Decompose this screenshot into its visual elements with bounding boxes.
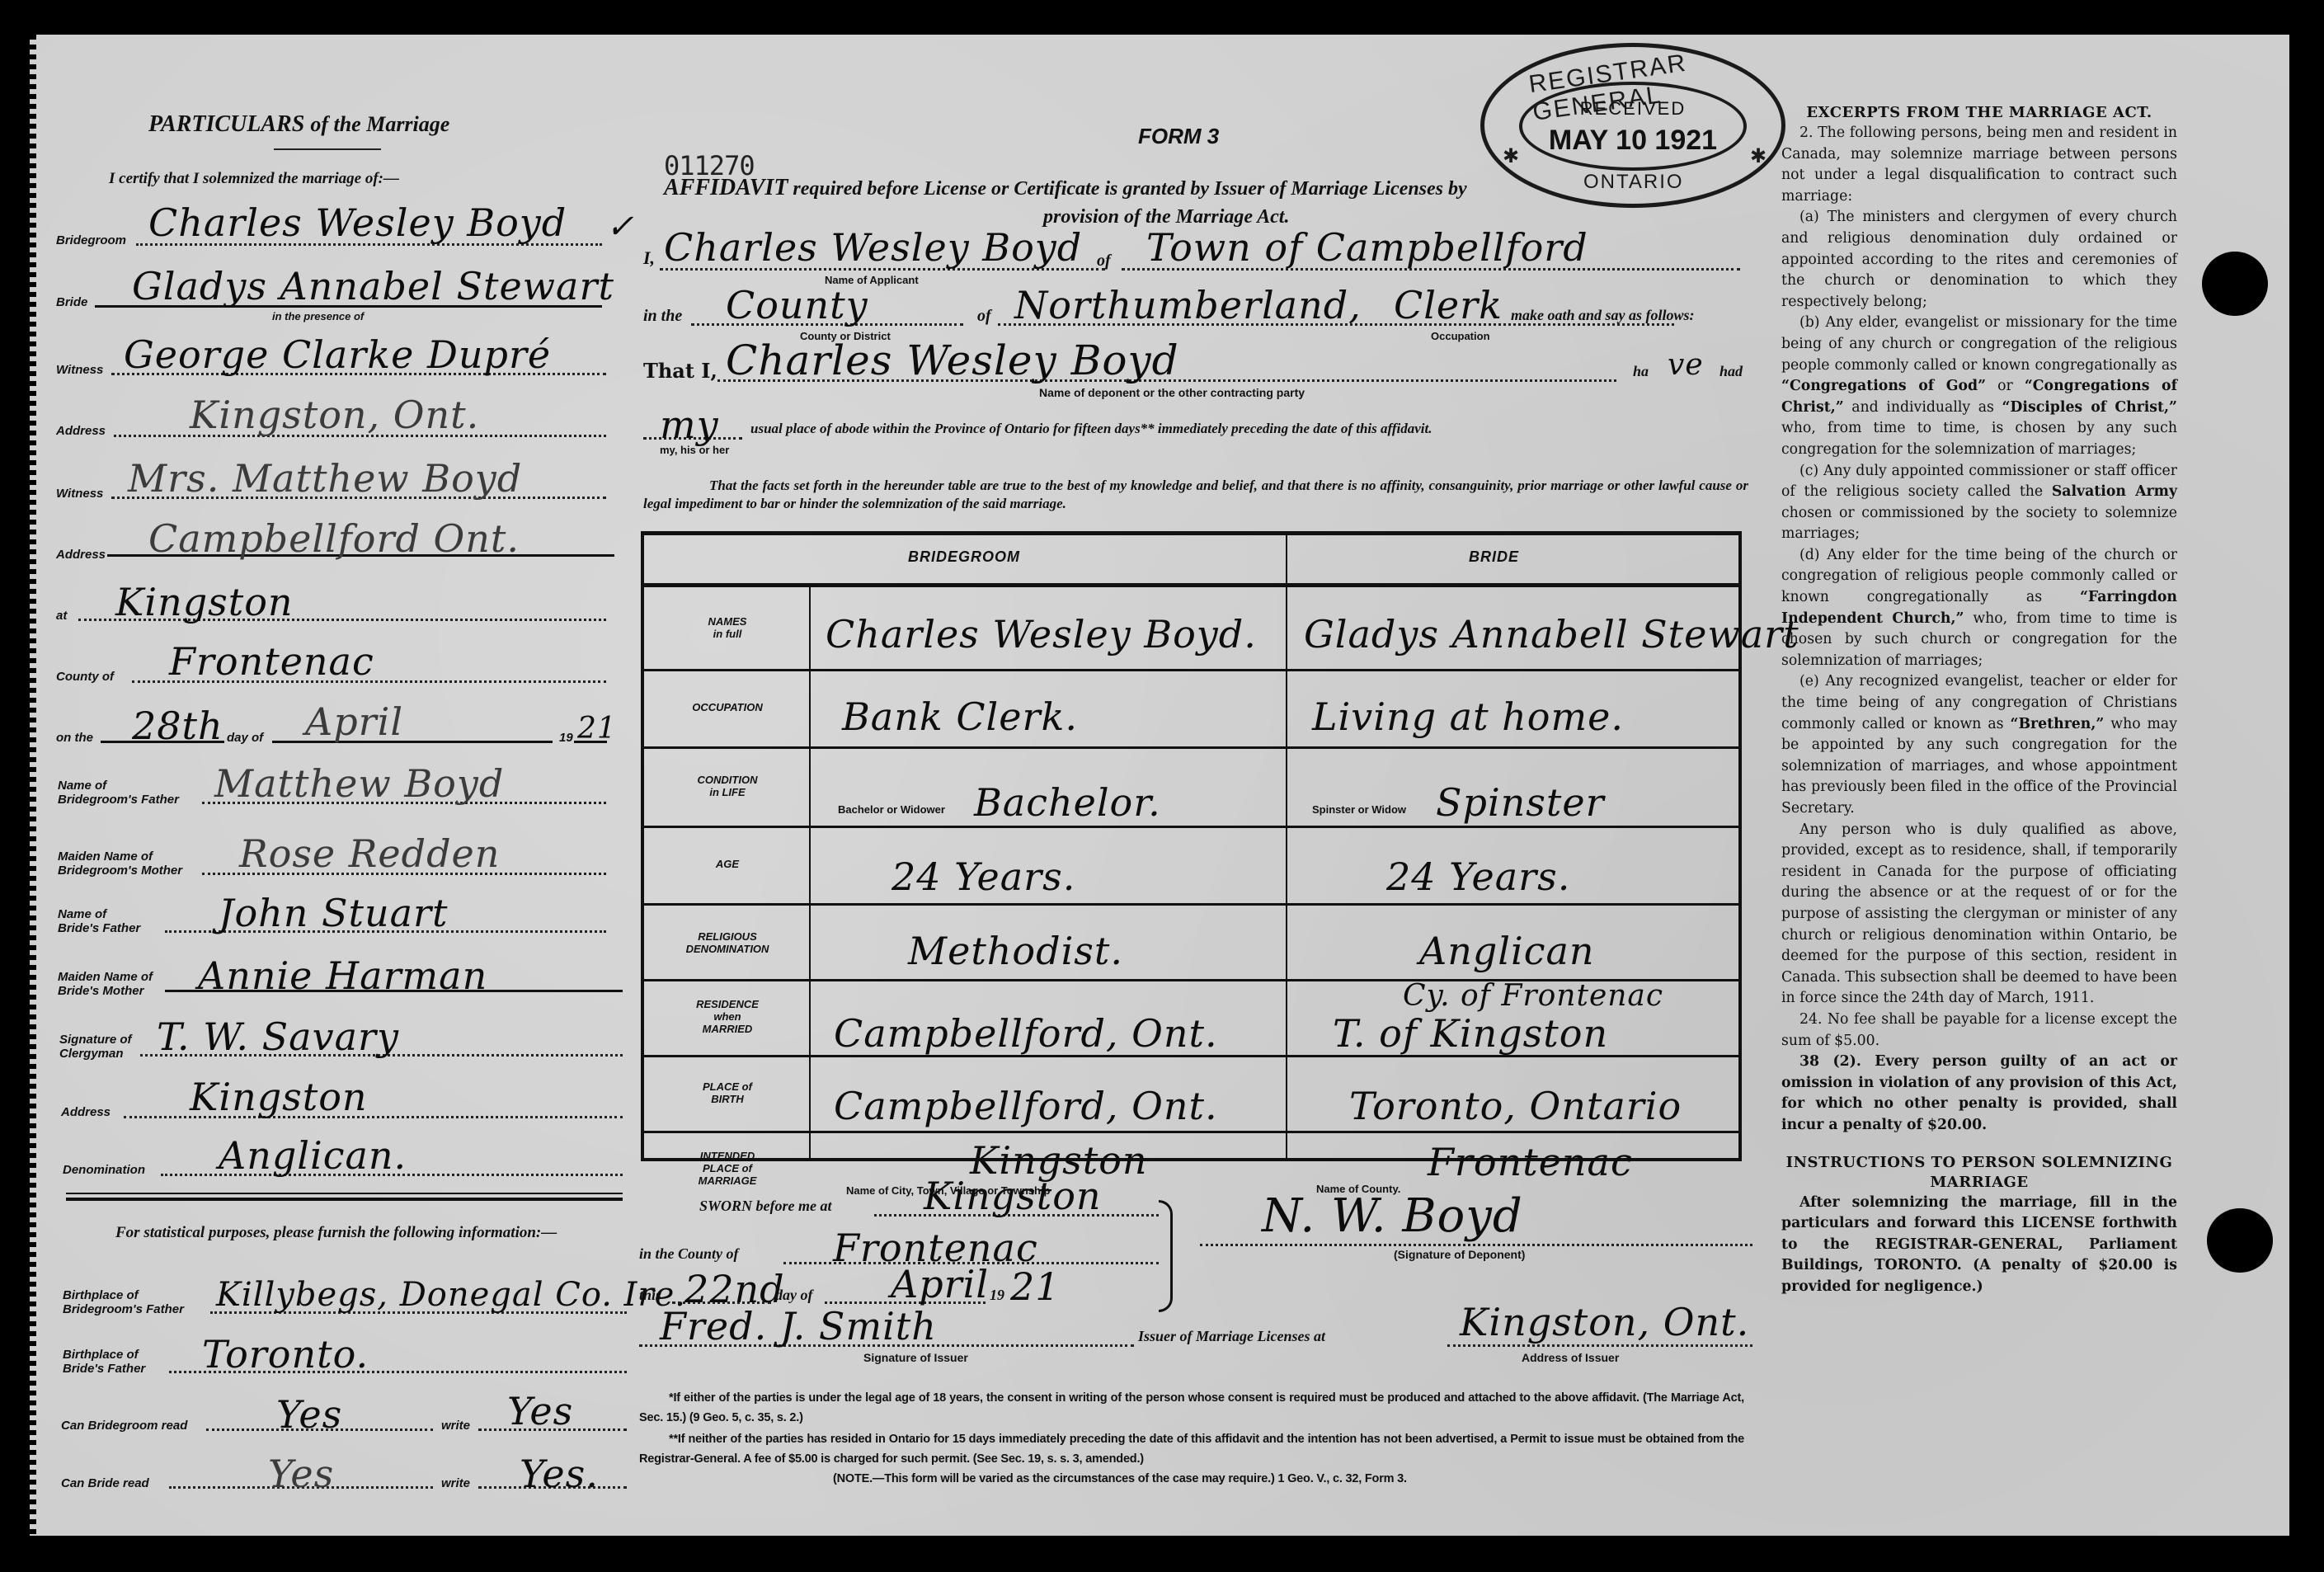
affidavit-heading-rest: required before License or Certificate i… — [793, 178, 1466, 200]
deponent-name[interactable]: Charles Wesley Boyd — [726, 340, 1179, 381]
bride-age[interactable]: 24 Years. — [1386, 856, 1570, 897]
make-oath-text: make oath and say as follows: — [1511, 307, 1695, 324]
check-mark: ✓ — [606, 206, 635, 247]
excerpt-a: (a) The ministers and clergymen of every… — [1781, 207, 2177, 313]
bridegroom-name[interactable]: Charles Wesley Boyd — [148, 202, 567, 243]
caption-address-of-issuer: Address of Issuer — [1522, 1351, 1619, 1364]
footnote-form-note: (NOTE.—This form will be varied as the c… — [833, 1472, 1407, 1485]
sworn-year[interactable]: 21 — [1010, 1266, 1061, 1307]
divider-thin — [66, 1193, 623, 1194]
label-day-of: day of — [227, 731, 263, 745]
sworn-month[interactable]: April — [891, 1264, 989, 1305]
caption-signature-of-issuer: Signature of Issuer — [863, 1351, 968, 1364]
bride-can-read[interactable]: Yes — [268, 1453, 334, 1494]
groom-residence[interactable]: Campbellford, Ont. — [834, 1013, 1218, 1054]
label-groom-read: Can Bridegroom read — [61, 1419, 187, 1433]
applicant-name[interactable]: Charles Wesley Boyd — [664, 227, 1082, 268]
table-row-condition: CONDITIONin LIFE Bachelor or Widower Bac… — [644, 749, 1738, 828]
table-row-names: NAMESin full Charles Wesley Boyd. Gladys… — [644, 587, 1738, 671]
form-number: FORM 3 — [1138, 124, 1219, 149]
stamp-received: RECEIVED — [1484, 98, 1781, 120]
excerpt-any-person: Any person who is duly qualified as abov… — [1781, 820, 2177, 1010]
label-on-the: on the — [56, 731, 93, 745]
marriage-day[interactable]: 28th — [132, 705, 223, 746]
groom-religion[interactable]: Methodist. — [908, 930, 1123, 972]
label-witness-1: Witness — [56, 363, 103, 377]
label-denomination: Denomination — [63, 1163, 145, 1177]
label-sworn-before-me: SWORN before me at — [699, 1198, 832, 1215]
stamp-ontario: ONTARIO — [1583, 171, 1684, 194]
label-of: of — [1097, 252, 1111, 271]
label-county-of: County of — [56, 670, 114, 684]
row-label-condition: CONDITIONin LIFE — [644, 774, 811, 798]
table-row-residence: RESIDENCEwhenMARRIED Campbellford, Ont. … — [644, 981, 1738, 1057]
bride-birthplace[interactable]: Toronto, Ontario — [1349, 1085, 1682, 1127]
bride-mother-maiden-name[interactable]: Annie Harman — [198, 955, 487, 996]
row-label-birthplace: PLACE ofBIRTH — [644, 1080, 811, 1105]
label-sworn-day-of: day of — [775, 1287, 812, 1304]
groom-condition[interactable]: Bachelor. — [974, 782, 1161, 823]
caption-deponent: Name of deponent or the other contractin… — [1039, 386, 1305, 399]
label-this: this — [639, 1287, 661, 1304]
label-at: at — [56, 609, 67, 623]
title-underline — [274, 148, 381, 150]
label-of-2: of — [977, 307, 991, 326]
excerpt-section-38: 38 (2). Every person guilty of an act or… — [1781, 1052, 2177, 1136]
stamp-date: MAY 10 1921 — [1484, 125, 1781, 157]
abode-text: usual place of abode within the Province… — [750, 421, 1432, 437]
perforated-edge — [30, 35, 36, 1536]
dotline — [1200, 1244, 1752, 1246]
groom-can-write[interactable]: Yes — [507, 1391, 573, 1432]
label-bridegroom: Bridegroom — [56, 233, 126, 247]
excerpt-d: (d) Any elder for the time being of the … — [1781, 545, 2177, 672]
witness-1-address[interactable]: Kingston, Ont. — [190, 394, 479, 435]
clergyman-signature[interactable]: T. W. Savary — [157, 1016, 399, 1057]
bride-religion[interactable]: Anglican — [1419, 930, 1595, 972]
label-address-2: Address — [56, 548, 106, 562]
label-that-i: That I, — [643, 359, 717, 383]
label-bride-father: Name ofBride's Father — [58, 907, 140, 935]
label-ha: ha — [1633, 363, 1649, 380]
particulars-title-rest: of the Marriage — [310, 112, 449, 136]
groom-age[interactable]: 24 Years. — [891, 856, 1075, 897]
table-row-religion: RELIGIOUSDENOMINATION Methodist. Anglica… — [644, 906, 1738, 981]
bride-residence[interactable]: T. of Kingston — [1333, 1013, 1608, 1054]
row-label-religion: RELIGIOUSDENOMINATION — [644, 930, 811, 955]
instructions-title: INSTRUCTIONS TO PERSON SOLEMNIZING MARRI… — [1781, 1153, 2177, 1193]
table-row-birthplace: PLACE ofBIRTH Campbellford, Ont. Toronto… — [644, 1057, 1738, 1133]
clergyman-address[interactable]: Kingston — [190, 1076, 368, 1118]
applicant-place[interactable]: Town of Campbellford — [1146, 227, 1588, 268]
excerpt-c: (c) Any duly appointed commissioner or s… — [1781, 461, 2177, 545]
row-label-age: AGE — [644, 858, 811, 870]
applicant-occupation[interactable]: Clerk — [1394, 285, 1503, 326]
excerpts-title: EXCERPTS FROM THE MARRIAGE ACT. — [1781, 103, 2177, 123]
punch-hole-bottom — [2207, 1208, 2273, 1273]
groom-full-name[interactable]: Charles Wesley Boyd. — [826, 614, 1257, 655]
excerpt-e: (e) Any recognized evangelist, teacher o… — [1781, 671, 2177, 819]
caption-signature-of-deponent: (Signature of Deponent) — [1394, 1248, 1525, 1261]
groom-father-birthplace[interactable]: Killybegs, Donegal Co. Ire. — [216, 1274, 686, 1315]
label-bride-read: Can Bride read — [61, 1476, 149, 1490]
label-in-the: in the — [643, 307, 682, 326]
marriage-act-excerpts: EXCERPTS FROM THE MARRIAGE ACT. 2. The f… — [1781, 103, 2177, 1297]
dotline — [1447, 1344, 1752, 1347]
row-label-intended-place: INTENDEDPLACE ofMARRIAGE — [644, 1150, 811, 1187]
row-label-names: NAMESin full — [644, 615, 811, 640]
label-had: had — [1719, 363, 1743, 380]
issuer-address[interactable]: Kingston, Ont. — [1460, 1301, 1749, 1343]
table-row-occupation: OCCUPATION Bank Clerk. Living at home. — [644, 671, 1738, 749]
brace — [1159, 1200, 1173, 1312]
statistical-intro: For statistical purposes, please furnish… — [64, 1222, 625, 1244]
label-year-19: 19 — [559, 731, 573, 745]
label-clergyman-address: Address — [61, 1105, 111, 1119]
bride-father-birthplace[interactable]: Toronto. — [202, 1334, 369, 1375]
facts-statement: That the facts set forth in the hereunde… — [643, 477, 1748, 513]
groom-can-read[interactable]: Yes — [276, 1394, 342, 1435]
punch-hole-top — [2202, 252, 2268, 316]
bride-full-name[interactable]: Gladys Annabell Stewart — [1304, 614, 1799, 655]
row-label-occupation: OCCUPATION — [644, 701, 811, 713]
clergyman-denomination[interactable]: Anglican. — [219, 1135, 407, 1176]
particulars-title-main: PARTICULARS — [148, 111, 304, 137]
marriage-year[interactable]: 21 — [577, 713, 617, 746]
intended-county[interactable]: Frontenac — [1428, 1141, 1633, 1183]
header-bridegroom: BRIDEGROOM — [908, 548, 1020, 566]
footnote-residence: **If neither of the parties has resided … — [639, 1429, 1744, 1469]
stamp-star-right: ✱ — [1750, 144, 1768, 168]
label-in-presence-of: in the presence of — [272, 309, 364, 323]
table-header: BRIDEGROOM BRIDE — [644, 535, 1738, 587]
label-groom-father: Name ofBridegroom's Father — [58, 779, 179, 807]
bride-residence-county[interactable]: Cy. of Frontenac — [1403, 980, 1663, 1013]
header-bride: BRIDE — [1469, 548, 1519, 566]
groom-birthplace[interactable]: Campbellford, Ont. — [834, 1085, 1218, 1127]
label-bride: Bride — [56, 295, 87, 309]
table-row-age: AGE 24 Years. 24 Years. — [644, 828, 1738, 906]
bride-can-write[interactable]: Yes. — [520, 1453, 599, 1494]
label-clergyman-signature: Signature ofClergyman — [59, 1033, 132, 1061]
excerpt-section-24: 24. No fee shall be payable for a licens… — [1781, 1010, 2177, 1052]
label-groom-write: write — [441, 1419, 470, 1433]
stamp-star-left: ✱ — [1503, 144, 1521, 168]
bride-occupation[interactable]: Living at home. — [1312, 696, 1624, 737]
excerpt-b: (b) Any elder, evangelist or missionary … — [1781, 313, 2177, 460]
label-witness-2: Witness — [56, 487, 103, 501]
label-bride-write: write — [441, 1476, 470, 1490]
county-name[interactable]: Northumberland, — [1014, 285, 1362, 326]
witness-1-name[interactable]: George Clarke Dupré — [124, 334, 551, 375]
bride-father-name[interactable]: John Stuart — [219, 892, 449, 934]
label-bride-father-birthplace: Birthplace ofBride's Father — [63, 1348, 145, 1376]
bride-condition[interactable]: Spinster — [1436, 782, 1605, 823]
divider-thick — [66, 1198, 623, 1201]
registrar-received-stamp: REGISTRAR GENERAL RECEIVED MAY 10 1921 O… — [1480, 43, 1785, 208]
row-label-residence: RESIDENCEwhenMARRIED — [644, 998, 811, 1035]
label-bride-mother: Maiden Name ofBride's Mother — [58, 970, 153, 998]
caption-bachelor-widower: Bachelor or Widower — [838, 803, 945, 816]
deponent-signature[interactable]: N. W. Boyd — [1262, 1196, 1523, 1237]
label-i: I, — [643, 247, 655, 269]
caption-occupation: Occupation — [1431, 330, 1490, 342]
marriage-place[interactable]: Kingston — [115, 581, 294, 623]
issuer-signature[interactable]: Fred. J. Smith — [660, 1306, 937, 1347]
excerpt-section-2: 2. The following persons, being men and … — [1781, 123, 2177, 207]
label-groom-mother: Maiden Name ofBridegroom's Mother — [58, 850, 182, 878]
deponent-ha-ve[interactable]: ve — [1668, 345, 1704, 386]
label-groom-father-birthplace: Birthplace ofBridegroom's Father — [63, 1288, 184, 1316]
instructions-text: After solemnizing the marriage, fill in … — [1781, 1193, 2177, 1298]
bride-name[interactable]: Gladys Annabel Stewart — [132, 266, 614, 307]
affidavit-heading-bold: AFFIDAVIT — [664, 175, 788, 200]
certify-statement: I certify that I solemnized the marriage… — [109, 170, 399, 188]
particulars-title: PARTICULARS of the Marriage — [148, 111, 449, 138]
footnote-age: *If either of the parties is under the l… — [639, 1388, 1744, 1428]
label-sworn-19: 19 — [990, 1287, 1004, 1304]
caption-my-his-her: my, his or her — [660, 444, 729, 456]
witness-2-name[interactable]: Mrs. Matthew Boyd — [128, 458, 522, 499]
label-issuer-of-licenses: Issuer of Marriage Licenses at — [1138, 1328, 1325, 1345]
county-or-district[interactable]: County — [726, 285, 868, 326]
groom-occupation[interactable]: Bank Clerk. — [842, 696, 1078, 737]
label-address-1: Address — [56, 424, 106, 438]
groom-father-name[interactable]: Matthew Boyd — [214, 763, 504, 804]
groom-mother-maiden-name[interactable]: Rose Redden — [239, 833, 500, 874]
abode-pronoun[interactable]: my — [660, 404, 719, 445]
caption-spinster-widow: Spinster or Widow — [1312, 803, 1406, 816]
marriage-month[interactable]: April — [305, 701, 403, 742]
label-in-county-of: in the County of — [639, 1245, 739, 1263]
affidavit-heading: AFFIDAVIT required before License or Cer… — [664, 175, 1467, 201]
marriage-county[interactable]: Frontenac — [169, 641, 374, 682]
sworn-place[interactable]: Kingston — [924, 1175, 1102, 1217]
marriage-details-table: BRIDEGROOM BRIDE NAMESin full Charles We… — [641, 531, 1742, 1161]
witness-2-address[interactable]: Campbellford Ont. — [148, 518, 520, 559]
